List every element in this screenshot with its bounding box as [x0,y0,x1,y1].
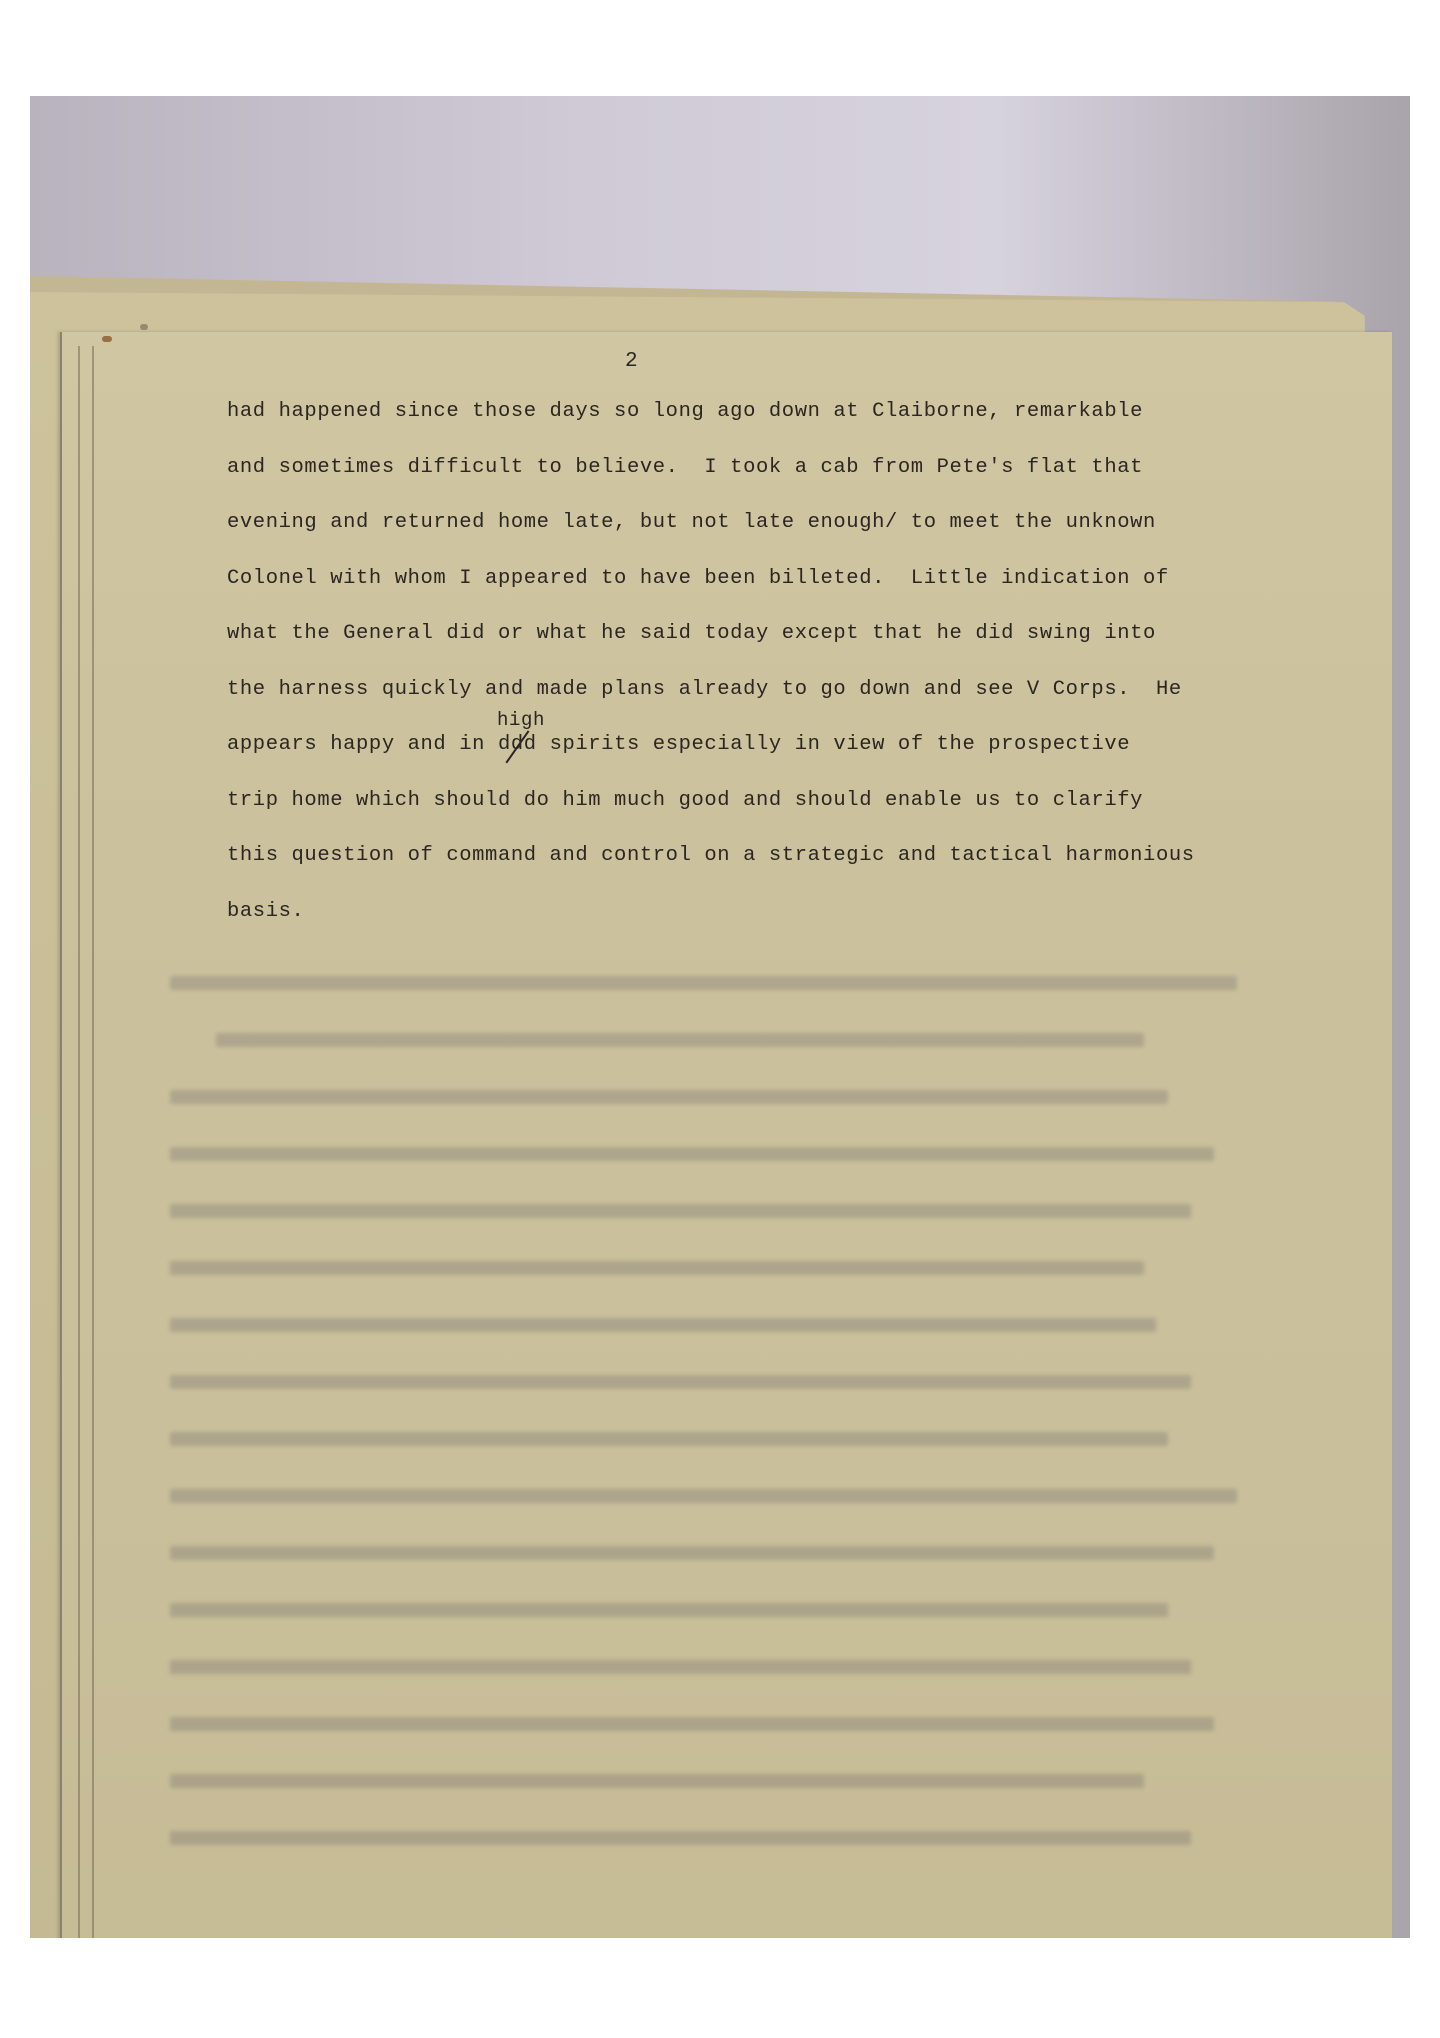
line-segment: appears happy and in [227,733,498,756]
typed-body-text: had happened since those days so long ag… [227,400,1327,955]
sheet-edge [78,346,80,1938]
text-line: trip home which should do him much good … [227,789,1327,845]
bleed-through-text [170,976,1330,1918]
text-line: what the General did or what he said tod… [227,622,1327,678]
line-segment: spirits especially in view of the prospe… [537,733,1131,756]
text-line: had happened since those days so long ag… [227,400,1327,456]
document-photo [30,96,1410,1938]
text-line-with-correction: appears happy and in dddhigh spirits esp… [227,733,1327,789]
staple-hole-icon [102,336,112,342]
text-line: this question of command and control on … [227,844,1327,900]
page-number: 2 [625,350,638,373]
staple-hole-icon [140,324,148,330]
handwritten-insertion: high [497,709,545,731]
text-line: and sometimes difficult to believe. I to… [227,456,1327,512]
text-line: evening and returned home late, but not … [227,511,1327,567]
struck-word: ddd [498,733,537,756]
sheet-edge [92,346,94,1938]
text-line: the harness quickly and made plans alrea… [227,678,1327,734]
text-line: basis. [227,900,1327,956]
text-line: Colonel with whom I appeared to have bee… [227,567,1327,623]
